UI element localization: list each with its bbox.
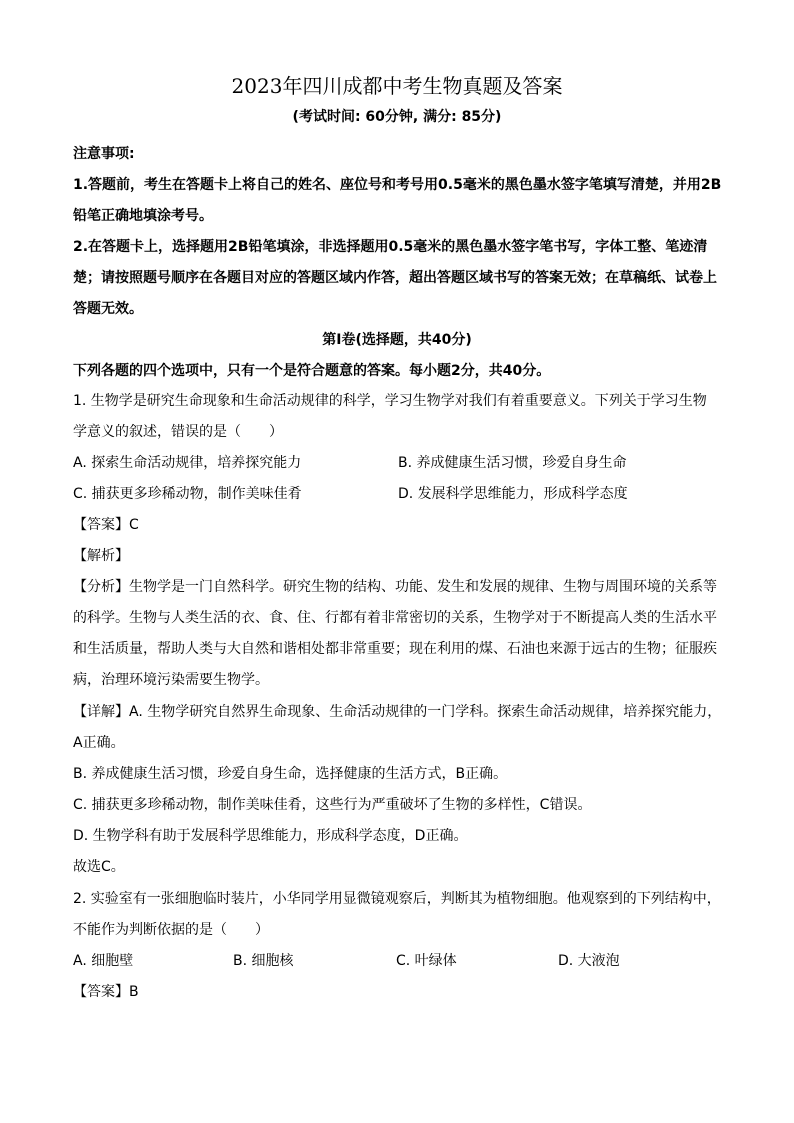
document-title: 2023年四川成都中考生物真题及答案 [0, 73, 794, 99]
q1-option-a: A. 探索生命活动规律，培养探究能力 [73, 454, 301, 472]
question-2-stem: 2. 实验室有一张细胞临时装片，小华同学用显微镜观察后，判断其为植物细胞。他观察… [73, 890, 723, 908]
q1-answer: 【答案】C [73, 516, 723, 534]
notice-line: 楚；请按照题号顺序在各题目对应的答题区域内作答，超出答题区域书写的答案无效；在草… [73, 269, 723, 287]
question-1-stem: 学意义的叙述，错误的是（ ） [73, 423, 723, 441]
notice-line: 答题无效。 [73, 300, 723, 318]
q1-detail: D. 生物学科有助于发展科学思维能力，形成科学态度，D正确。 [73, 827, 723, 845]
q2-option-c: C. 叶绿体 [396, 952, 457, 970]
notice-line: 1.答题前，考生在答题卡上将自己的姓名、座位号和考号用0.5毫米的黑色墨水签字笔… [73, 176, 723, 194]
notice-line: 铅笔正确地填涂考号。 [73, 207, 723, 225]
question-2-stem: 不能作为判断依据的是（ ） [73, 921, 723, 939]
q1-detail: B. 养成健康生活习惯，珍爱自身生命，选择健康的生活方式，B正确。 [73, 765, 723, 783]
q1-analysis-label: 【解析】 [73, 547, 723, 565]
q1-analysis: 的科学。生物与人类生活的衣、食、住、行都有着非常密切的关系，生物学对于不断提高人… [73, 609, 723, 627]
q1-option-d: D. 发展科学思维能力，形成科学态度 [398, 485, 628, 503]
q2-option-b: B. 细胞核 [233, 952, 294, 970]
q1-detail: 【详解】A. 生物学研究自然界生命现象、生命活动规律的一门学科。探索生命活动规律… [73, 703, 723, 721]
q1-option-c: C. 捕获更多珍稀动物，制作美味佳肴 [73, 485, 302, 503]
notice-line: 2.在答题卡上，选择题用2B铅笔填涂，非选择题用0.5毫米的黑色墨水签字笔书写，… [73, 238, 723, 256]
q2-option-a: A. 细胞壁 [73, 952, 133, 970]
q1-option-b: B. 养成健康生活习惯，珍爱自身生命 [398, 454, 627, 472]
q1-analysis: 【分析】生物学是一门自然科学。研究生物的结构、功能、发生和发展的规律、生物与周围… [73, 578, 723, 596]
exam-page: 2023年四川成都中考生物真题及答案 (考试时间: 60分钟, 满分: 85分)… [0, 0, 794, 1123]
q1-analysis: 病，治理环境污染需要生物学。 [73, 671, 723, 689]
q2-option-d: D. 大液泡 [558, 952, 620, 970]
q1-detail: 故选C。 [73, 858, 723, 876]
q1-detail: C. 捕获更多珍稀动物，制作美味佳肴，这些行为严重破坏了生物的多样性，C错误。 [73, 796, 723, 814]
section-instruction: 下列各题的四个选项中，只有一个是符合题意的答案。每小题2分，共40分。 [73, 362, 723, 380]
q1-detail: A正确。 [73, 734, 723, 752]
notice-heading: 注意事项: [73, 145, 723, 163]
section-heading: 第Ⅰ卷(选择题，共40分) [0, 331, 794, 349]
question-1-stem: 1. 生物学是研究生命现象和生命活动规律的科学，学习生物学对我们有着重要意义。下… [73, 392, 723, 410]
q2-answer: 【答案】B [73, 983, 723, 1001]
exam-info: (考试时间: 60分钟, 满分: 85分) [0, 108, 794, 126]
q1-analysis: 和生活质量，帮助人类与大自然和谐相处都非常重要；现在利用的煤、石油也来源于远古的… [73, 640, 723, 658]
